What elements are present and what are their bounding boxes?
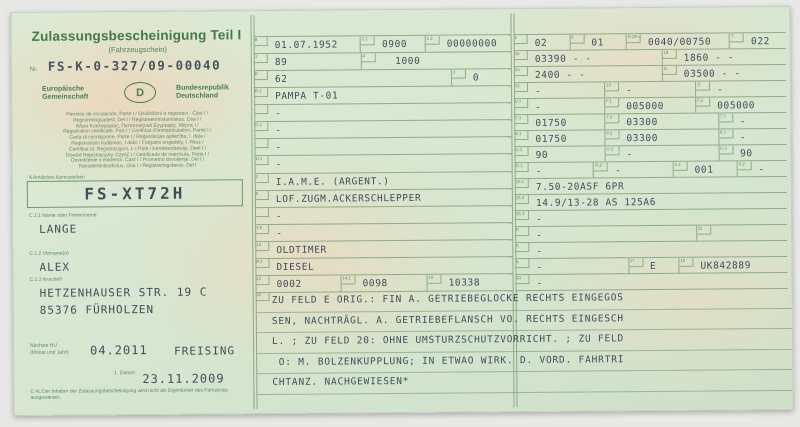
multilingual-titles: Permiso de circulación, Parte I / Osvědč… xyxy=(22,111,252,171)
field-value: - xyxy=(529,241,787,258)
field-code: 11 xyxy=(697,226,711,235)
field-code: 8.2 xyxy=(605,130,619,139)
field-value: 90 xyxy=(529,146,605,162)
field-code: 19 xyxy=(663,50,677,59)
field-value: 001 xyxy=(688,161,737,176)
field-code: F.1 xyxy=(605,98,619,107)
field-G: G03500 - - xyxy=(662,65,786,81)
eu-community-label: Europäische Gemeinschaft xyxy=(42,85,104,101)
field-value: - xyxy=(269,223,512,241)
field-value: 03500 - - xyxy=(677,65,786,81)
field-U.1: U.190 xyxy=(515,146,605,162)
field-14: 14OLDTIMER xyxy=(255,240,512,258)
c4c-note: C.4c Der Inhaber der Zulassungsbescheini… xyxy=(30,387,254,401)
field-value: 0098 xyxy=(356,275,427,292)
field-code: U.1 xyxy=(515,147,529,156)
field-value: 90 xyxy=(733,145,787,160)
field-code: 6 xyxy=(514,35,528,44)
field-value: - xyxy=(528,98,604,114)
field-Q: Q- xyxy=(695,81,786,97)
field-V.7: V.7- xyxy=(514,98,604,114)
remarks-field-code: 22 xyxy=(256,292,270,301)
field-T: T022 xyxy=(729,33,786,48)
field-R: R- xyxy=(515,226,696,242)
country-label: Bundesrepublik Deutschland xyxy=(176,84,238,100)
field-8.1: 8.101750 xyxy=(514,130,604,146)
field-row: 2I.A.M.E. (ARGENT.) xyxy=(255,172,512,191)
field-code: Q xyxy=(696,82,710,91)
field-value: - xyxy=(528,82,604,98)
field-row: E6230 xyxy=(254,69,511,88)
field-value: LOF.ZUGM.ACKERSCHLEPPER xyxy=(269,189,512,207)
field-code: O.2 xyxy=(594,162,608,171)
field-S.1: S.1001 xyxy=(673,161,737,177)
field-value: 0900 xyxy=(375,36,425,52)
field-value: OLDTIMER xyxy=(269,240,512,258)
field-value: 10338 xyxy=(442,274,513,291)
field-value: 62 xyxy=(268,70,451,87)
field-code: J xyxy=(254,54,268,63)
field-2.2: 2.200000000 xyxy=(425,35,511,52)
field-code: U.2 xyxy=(605,146,619,155)
field-code: D.2 xyxy=(254,122,268,131)
field-3: 30 xyxy=(451,69,511,86)
field-code: 8.3 xyxy=(719,129,733,138)
field-code: S.2 xyxy=(737,161,751,170)
name-field-label: C.1.1 Name oder Firmenname xyxy=(29,212,97,219)
firstname-field-label: C.1.2 Vorname(n) xyxy=(29,251,69,257)
field-value: UK842889 xyxy=(693,257,787,273)
field-E: E62 xyxy=(254,70,451,88)
field-value: 03390 - - xyxy=(528,50,662,66)
field-value: 03300 xyxy=(619,130,718,146)
field-code: E xyxy=(254,71,268,80)
field-row: J894 1000 xyxy=(254,52,511,71)
field-code: 17 xyxy=(629,258,643,267)
field-code: P.3 xyxy=(255,259,269,268)
field-value: - xyxy=(619,146,718,162)
field-value: - xyxy=(268,120,511,138)
field-value: 01750 xyxy=(528,130,604,146)
field-code: 7.2 xyxy=(605,114,619,123)
field-7.1: 7.101750 xyxy=(514,114,604,130)
field-code: R xyxy=(515,227,529,236)
field-value: 00000000 xyxy=(440,35,511,52)
field-U.2: U.2- xyxy=(604,146,718,162)
field-value: 89 xyxy=(268,53,361,70)
field-code: 7.3 xyxy=(719,113,733,122)
field-F.1: F.1005000 xyxy=(604,98,695,114)
field-V.9: V.9- xyxy=(255,223,512,241)
field-value: 02 xyxy=(528,35,570,50)
field-13: 13- xyxy=(604,82,695,98)
issue-date: 23.11.2009 xyxy=(142,371,224,386)
owner-address-street: HETZENHAUSER STR. 19 C xyxy=(40,286,208,300)
field-row: B01.07.19522.109002.200000000 xyxy=(254,35,511,54)
issuing-authority: FREISING xyxy=(174,344,235,357)
field-blank: - xyxy=(255,206,512,224)
field-value: 0040/00750 xyxy=(641,33,729,49)
field-16: 16UK842889 xyxy=(678,257,787,273)
field-S.2: S.2- xyxy=(736,161,786,176)
field-2.1: 2.10900 xyxy=(360,36,425,53)
number-label: Nr. xyxy=(30,67,38,73)
field-code: 9 xyxy=(570,35,584,44)
field-code: B xyxy=(254,37,268,46)
field-code: 14 xyxy=(255,242,269,251)
field-code: T xyxy=(730,33,744,42)
field-row: D.1PAMPA T-01 xyxy=(254,86,511,105)
field-8.3: 8.3- xyxy=(718,129,787,145)
field-row: V.9- xyxy=(255,223,512,242)
owner-name: LANGE xyxy=(39,223,77,236)
field-15.3: 15.3- xyxy=(515,209,787,226)
remarks-section: 22 ZU FELD E ORIG.: FIN A. GETRIEBEGLOCK… xyxy=(256,288,793,395)
field-row: D.2- xyxy=(254,120,511,139)
field-value: 14.9/13-28 AS 125A6 xyxy=(529,193,787,210)
field-16: 1610338 xyxy=(427,274,513,291)
field-value: 01750 xyxy=(528,114,604,130)
registration-document: Zulassungsbescheinigung Teil I (Fahrzeug… xyxy=(10,6,793,416)
field-code: O.1 xyxy=(515,163,529,172)
field-code: 2.2 xyxy=(426,36,440,45)
field-value: - xyxy=(529,226,696,242)
field-value xyxy=(711,225,787,241)
field-D.2: D.2- xyxy=(254,120,511,138)
field-code: D.3 xyxy=(255,156,269,165)
eu-emblem-row: Europäische Gemeinschaft D Bundesrepubli… xyxy=(42,81,238,104)
field-value: 2400 - - xyxy=(528,66,662,82)
field-10: 100002 xyxy=(256,275,341,292)
field-code: 3 xyxy=(452,70,466,79)
field-B: B01.07.1952 xyxy=(254,36,360,53)
field-code: 12 xyxy=(514,83,528,92)
document-title: Zulassungsbescheinigung Teil I xyxy=(32,27,244,44)
field-code: V.9 xyxy=(255,225,269,234)
field-code: V.7 xyxy=(514,99,528,108)
vehicle-data-grid-right: 602901P.2/P.40040/00750T0221803390 - -19… xyxy=(514,32,788,291)
field-row: - xyxy=(254,103,511,122)
field-value: - xyxy=(268,103,511,121)
hu-label-line2: (Monat und Jahr): xyxy=(30,350,70,356)
field-value: - xyxy=(529,209,787,226)
field-11: 11 xyxy=(696,225,787,241)
field-2: 2I.A.M.E. (ARGENT.) xyxy=(255,172,512,190)
field-17: 17E xyxy=(628,258,679,273)
field-K: K- xyxy=(515,241,787,258)
field-value: 022 xyxy=(744,33,786,48)
field-15.2: 15.214.9/13-28 AS 125A6 xyxy=(515,193,787,210)
field-value: 0002 xyxy=(270,275,341,292)
field-4: 4 1000 xyxy=(360,52,510,69)
field-value: - xyxy=(269,206,512,224)
field-value: - xyxy=(529,162,594,178)
field-code: 15.2 xyxy=(515,195,529,204)
date-label: 1. Datum: xyxy=(114,370,136,376)
field-value: - xyxy=(733,129,787,144)
field-value: - xyxy=(268,138,511,156)
field-code: 13 xyxy=(605,82,619,91)
field-J: J89 xyxy=(254,53,361,70)
field-row: 5LOF.ZUGM.ACKERSCHLEPPER xyxy=(255,189,512,208)
field-value: DIESEL xyxy=(269,257,512,275)
field-value: I.A.M.E. (ARGENT.) xyxy=(269,172,512,190)
field-5: 5LOF.ZUGM.ACKERSCHLEPPER xyxy=(255,189,512,207)
field-code: 2 xyxy=(255,174,269,183)
field-value: - xyxy=(269,155,512,173)
field-code: 6 xyxy=(515,259,529,268)
field-code: 15.1 xyxy=(515,179,529,188)
field-D.1: D.1PAMPA T-01 xyxy=(254,86,511,104)
field-code: 16 xyxy=(679,258,693,267)
field-15.1: 15.17.50-20ASF 6PR xyxy=(515,177,787,194)
field-code: 14.1 xyxy=(342,275,356,284)
owner-address-city: 85376 FÜRHOLZEN xyxy=(40,303,154,317)
field-code: 10 xyxy=(256,276,270,285)
field-code: 15.3 xyxy=(515,211,529,220)
field-D.3: D.3- xyxy=(255,155,512,173)
vehicle-data-grid-middle: B01.07.19522.109002.200000000J894 1000E6… xyxy=(254,34,513,293)
field-F.2: F.2005000 xyxy=(695,97,786,113)
field-8.2: 8.203300 xyxy=(604,130,718,146)
field-code: D.1 xyxy=(254,88,268,97)
document-subtitle: (Fahrzeugschein) xyxy=(32,44,244,55)
field-value: 7.50-20ASF 6PR xyxy=(529,177,787,194)
country-badge-icon: D xyxy=(124,82,156,103)
field-U.3: U.390 xyxy=(718,145,787,161)
field-O.2: O.2- xyxy=(593,162,673,178)
field-code xyxy=(254,105,268,114)
field-code: 21 xyxy=(516,275,530,284)
field-blank: - xyxy=(254,103,511,121)
field-value: - xyxy=(608,162,673,178)
field-value: - xyxy=(619,82,695,98)
field-code: P.2/P.4 xyxy=(627,34,641,43)
field-6: 602 xyxy=(514,35,570,50)
field-18: 1803390 - - xyxy=(514,50,662,66)
field-code: 7.1 xyxy=(514,115,528,124)
field-row: - xyxy=(254,138,511,157)
field-code: 16 xyxy=(428,275,442,284)
document-number: FS-K-0-327/09-00040 xyxy=(48,57,222,73)
field-row: - xyxy=(255,206,512,225)
field-9: 901 xyxy=(569,34,626,49)
field-code: 2.1 xyxy=(361,36,375,45)
field-code: 5 xyxy=(255,191,269,200)
next-inspection-date: 04.2011 xyxy=(90,343,148,357)
field-value: 01 xyxy=(584,34,626,49)
field-row: D.3- xyxy=(255,155,512,174)
field-value: 1860 - - xyxy=(677,49,786,65)
field-value: - xyxy=(751,161,786,176)
field-value: 005000 xyxy=(710,97,786,113)
field-code: K xyxy=(515,243,529,252)
field-O.1: O.1- xyxy=(515,162,594,178)
field-blank: - xyxy=(254,138,511,156)
license-plate: FS-XT72H xyxy=(27,179,243,208)
remarks-line: CHTANZ. NACHGEWIESEN* xyxy=(256,370,792,395)
field-code: F.2 xyxy=(696,98,710,107)
address-field-label: C.1.3 Anschrift xyxy=(30,277,63,283)
field-value: 1000 xyxy=(375,52,510,69)
field-row: 14OLDTIMER xyxy=(255,240,512,259)
field-code: G xyxy=(663,66,677,75)
field-code: 8.1 xyxy=(514,131,528,140)
field-code: U.3 xyxy=(719,145,733,154)
field-P.3: P.3DIESEL xyxy=(255,257,512,275)
field-value: - xyxy=(733,113,787,128)
field-code xyxy=(254,139,268,148)
hu-label-line1: Nächste HU xyxy=(30,343,57,349)
field-code: S.1 xyxy=(674,162,688,171)
field-code: 20 xyxy=(514,67,528,76)
field-code: 4 xyxy=(361,53,375,62)
field-value: E xyxy=(643,258,679,273)
owner-firstname: ALEX xyxy=(39,261,70,274)
field-value: 005000 xyxy=(619,98,695,114)
field-code xyxy=(255,208,269,217)
field-6: 6- xyxy=(515,258,628,274)
field-P.2/P.4: P.2/P.40040/00750 xyxy=(626,33,729,49)
field-value: 01.07.1952 xyxy=(268,36,360,53)
field-value: 03300 xyxy=(619,114,718,130)
field-14.1: 14.10098 xyxy=(341,275,427,292)
field-7.2: 7.203300 xyxy=(604,114,718,130)
field-code: 18 xyxy=(514,51,528,60)
field-value: - xyxy=(529,258,628,274)
field-value: 0 xyxy=(466,69,511,85)
field-value: PAMPA T-01 xyxy=(268,86,511,104)
field-19: 191860 - - xyxy=(662,49,786,65)
field-12: 12- xyxy=(514,82,604,98)
remarks-lines: ZU FELD E ORIG.: FIN A. GETRIEBEGLOCKE R… xyxy=(256,288,793,395)
field-7.3: 7.3- xyxy=(718,113,787,129)
field-20: 202400 - - xyxy=(514,66,662,82)
field-value: - xyxy=(710,81,786,97)
field-row: P.3DIESEL xyxy=(255,257,512,276)
